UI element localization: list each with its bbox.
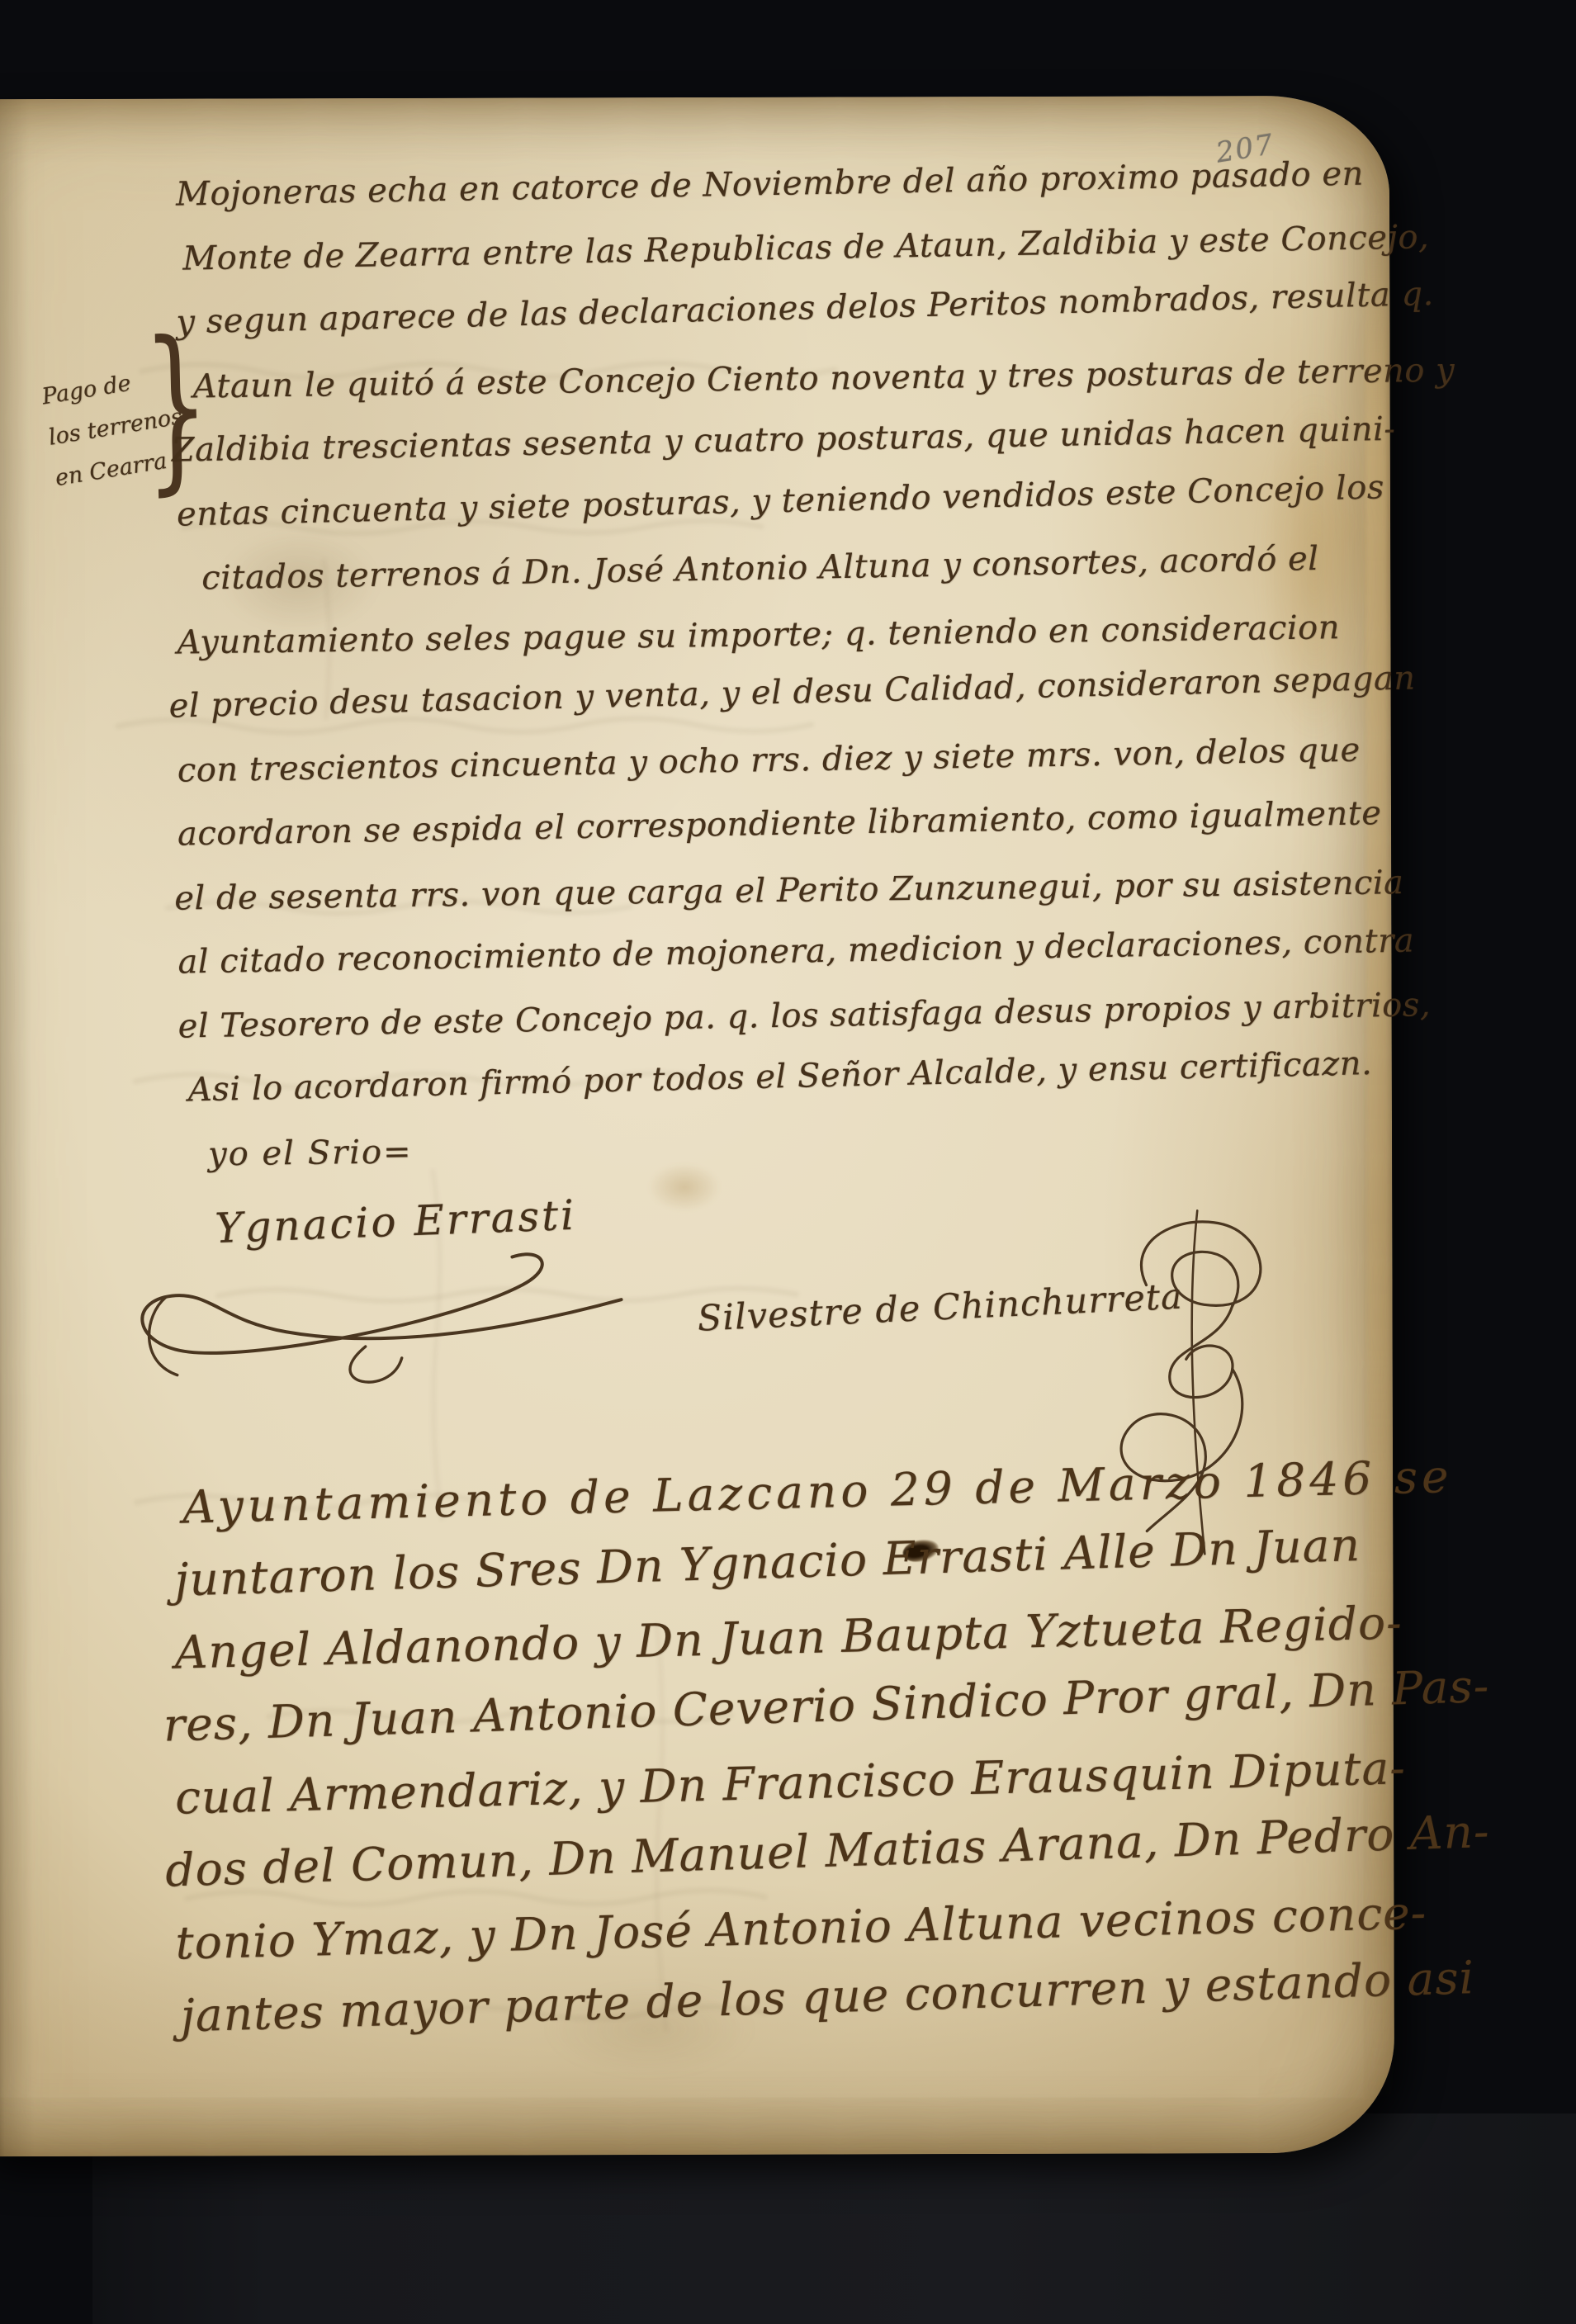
photographed-scan-background: 207 Pago de los terrenos en Cearra } Moj… (0, 0, 1576, 2324)
signature-name: Ygnacio Errasti (214, 1191, 577, 1252)
minute-entry-session-1846-03-29: Ayuntamiento de Lazcano 29 de Marzo 1846… (174, 1467, 1491, 2052)
signature-silvestre-de-chinchurreta: Silvestre de Chinchurreta (698, 1286, 1183, 1329)
manuscript-line: yo el Srio= (208, 1106, 1458, 1186)
minute-entry-cearra-payment: Mojoneras echa en catorce de Noviembre d… (176, 160, 1457, 1187)
signature-ygnacio-errasti: Ygnacio Errasti (135, 1197, 576, 1246)
manuscript-page: 207 Pago de los terrenos en Cearra } Moj… (0, 96, 1394, 2156)
signature-flourish (111, 1245, 656, 1428)
